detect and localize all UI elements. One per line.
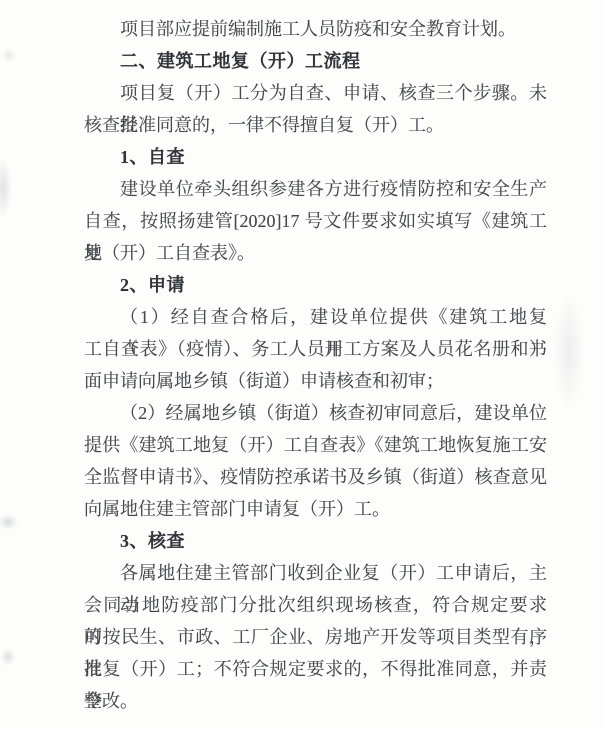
text-line: 面申请向属地乡镇（街道）申请核查和初审； [84,365,547,397]
text-line: 项目部应提前编制施工人员防疫和安全教育计划。 [84,13,547,45]
scan-smudge [0,648,16,666]
heading-line: 1、自查 [84,141,547,173]
text-line: （2）经属地乡镇（街道）核查初审同意后，建设单位 [84,397,547,429]
text-line: 各属地住建主管部门收到企业复（开）工申请后，主动 [84,557,547,589]
text-line: 工自查表》（疫情）、务工人员用工方案及人员花名册和书 [84,333,547,365]
text-line: 全监督申请书》、疫情防控承诺书及乡镇（街道）核查意见 [84,461,547,493]
scan-smudge [554,292,584,412]
text-line: 核查批准同意的，一律不得擅自复（开）工。 [84,109,547,141]
text-line: 向属地住建主管部门申请复（开）工。 [84,493,547,525]
heading-line: 二、建筑工地复（开）工流程 [84,45,547,77]
text-line: （1）经自查合格后，建设单位提供《建筑工地复（开） [84,301,547,333]
scan-smudge [2,48,16,62]
document-body: 项目部应提前编制施工人员防疫和安全教育计划。二、建筑工地复（开）工流程项目复（开… [84,13,547,717]
text-line: 自查，按照扬建管[2020]17 号文件要求如实填写《建筑工地 [84,205,547,237]
text-line: 整改。 [84,685,547,717]
text-line: 会同当地防疫部门分批次组织现场核查，符合规定要求的， [84,589,547,621]
text-line: 项目复（开）工分为自查、申请、核查三个步骤。未经 [84,77,547,109]
scan-smudge [0,158,12,218]
text-line: 复（开）工自查表》。 [84,237,547,269]
text-line: 可按民生、市政、工厂企业、房地产开发等项目类型有序批 [84,621,547,653]
document-page: 项目部应提前编制施工人员防疫和安全教育计划。二、建筑工地复（开）工流程项目复（开… [0,0,602,729]
text-line: 提供《建筑工地复（开）工自查表》《建筑工地恢复施工安 [84,429,547,461]
text-line: 准复（开）工；不符合规定要求的，不得批准同意，并责令 [84,653,547,685]
text-line: 建设单位牵头组织参建各方进行疫情防控和安全生产 [84,173,547,205]
heading-line: 2、申请 [84,269,547,301]
scan-smudge [0,514,18,530]
heading-line: 3、核查 [84,525,547,557]
